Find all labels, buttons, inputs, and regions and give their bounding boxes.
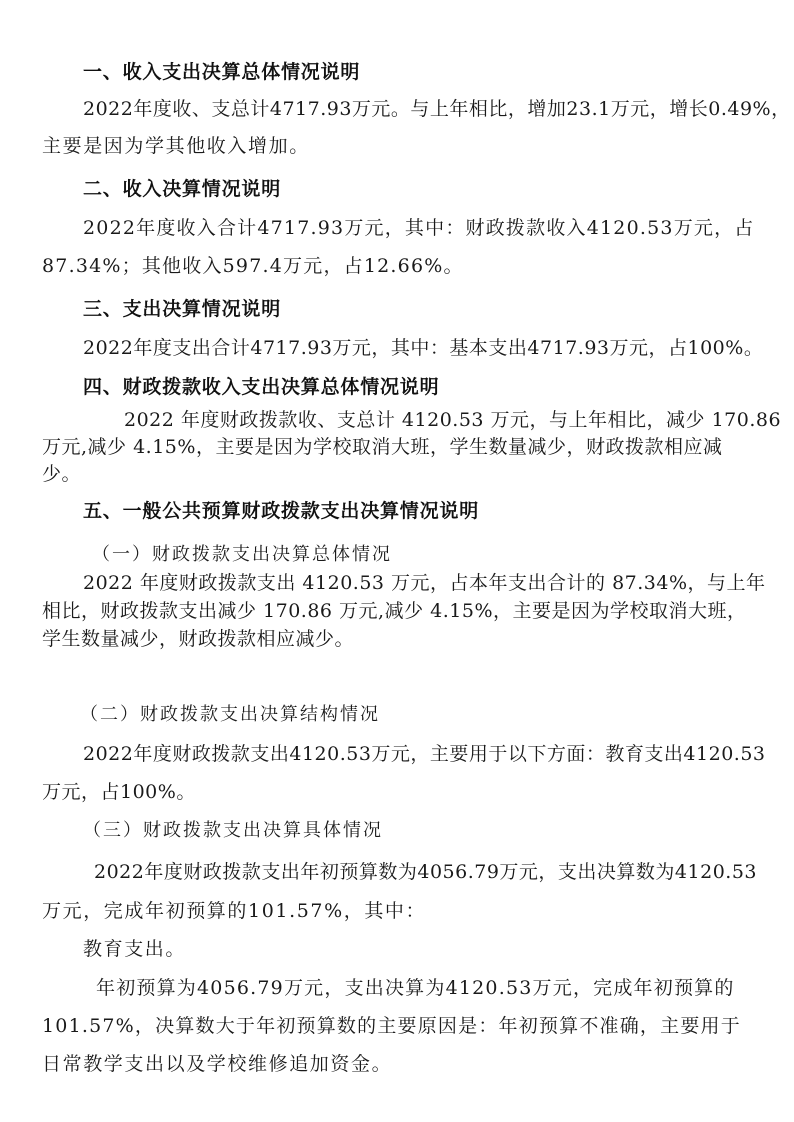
subsection-1-line-3: 学生数量减少，财政拨款相应减少。 xyxy=(42,627,354,651)
section-4-heading: 四、财政拨款收入支出决算总体情况说明 xyxy=(83,375,439,399)
subsection-3-line-2: 万元，完成年初预算的101.57%，其中： xyxy=(42,899,426,923)
subsection-2-line-1: 2022年度财政拨款支出4120.53万元，主要用于以下方面：教育支出4120.… xyxy=(83,742,766,766)
section-2-line-2: 87.34%；其他收入597.4万元，占12.66%。 xyxy=(42,254,464,278)
section-4-line-1: 2022 年度财政拨款收、支总计 4120.53 万元，与上年相比，减少 170… xyxy=(124,408,781,432)
subsection-1-line-2: 相比，财政拨款支出减少 170.86 万元,减少 4.15%，主要是因为学校取消… xyxy=(42,599,747,623)
subsection-3-line-4: 年初预算为4056.79万元，支出决算为4120.53万元，完成年初预算的 xyxy=(96,976,735,1000)
subsection-3-line-5: 101.57%，决算数大于年初预算数的主要原因是：年初预算不准确，主要用于 xyxy=(42,1014,741,1038)
section-1-line-1: 2022年度收、支总计4717.93万元。与上年相比，增加23.1万元，增长0.… xyxy=(83,97,791,121)
subsection-1-line-1: 2022 年度财政拨款支出 4120.53 万元，占本年支出合计的 87.34%… xyxy=(83,571,766,595)
section-4-line-3: 少。 xyxy=(42,462,81,486)
section-4-line-2: 万元,减少 4.15%，主要是因为学校取消大班，学生数量减少，财政拨款相应减 xyxy=(42,435,722,459)
subsection-3-heading: （三）财政拨款支出决算具体情况 xyxy=(83,819,383,843)
subsection-2-line-2: 万元，占100%。 xyxy=(42,780,196,804)
section-3-heading: 三、支出决算情况说明 xyxy=(83,297,281,321)
section-5-heading: 五、一般公共预算财政拨款支出决算情况说明 xyxy=(83,499,479,523)
section-2-line-1: 2022年度收入合计4717.93万元，其中：财政拨款收入4120.53万元，占 xyxy=(83,216,755,240)
subsection-3-line-1: 2022年度财政拨款支出年初预算数为4056.79万元，支出决算数为4120.5… xyxy=(94,860,757,884)
section-1-line-2: 主要是因为学其他收入增加。 xyxy=(42,134,310,158)
subsection-3-line-3: 教育支出。 xyxy=(83,937,186,961)
section-3-line-1: 2022年度支出合计4717.93万元，其中：基本支出4717.93万元，占10… xyxy=(83,336,763,360)
section-1-heading: 一、收入支出决算总体情况说明 xyxy=(83,60,360,84)
subsection-3-line-6: 日常教学支出以及学校维修追加资金。 xyxy=(42,1052,392,1076)
document-page: 一、收入支出决算总体情况说明 2022年度收、支总计4717.93万元。与上年相… xyxy=(0,0,794,1122)
subsection-1-heading: （一）财政拨款支出决算总体情况 xyxy=(92,543,392,567)
subsection-2-heading: （二）财政拨款支出决算结构情况 xyxy=(80,703,380,727)
section-2-heading: 二、收入决算情况说明 xyxy=(83,177,281,201)
